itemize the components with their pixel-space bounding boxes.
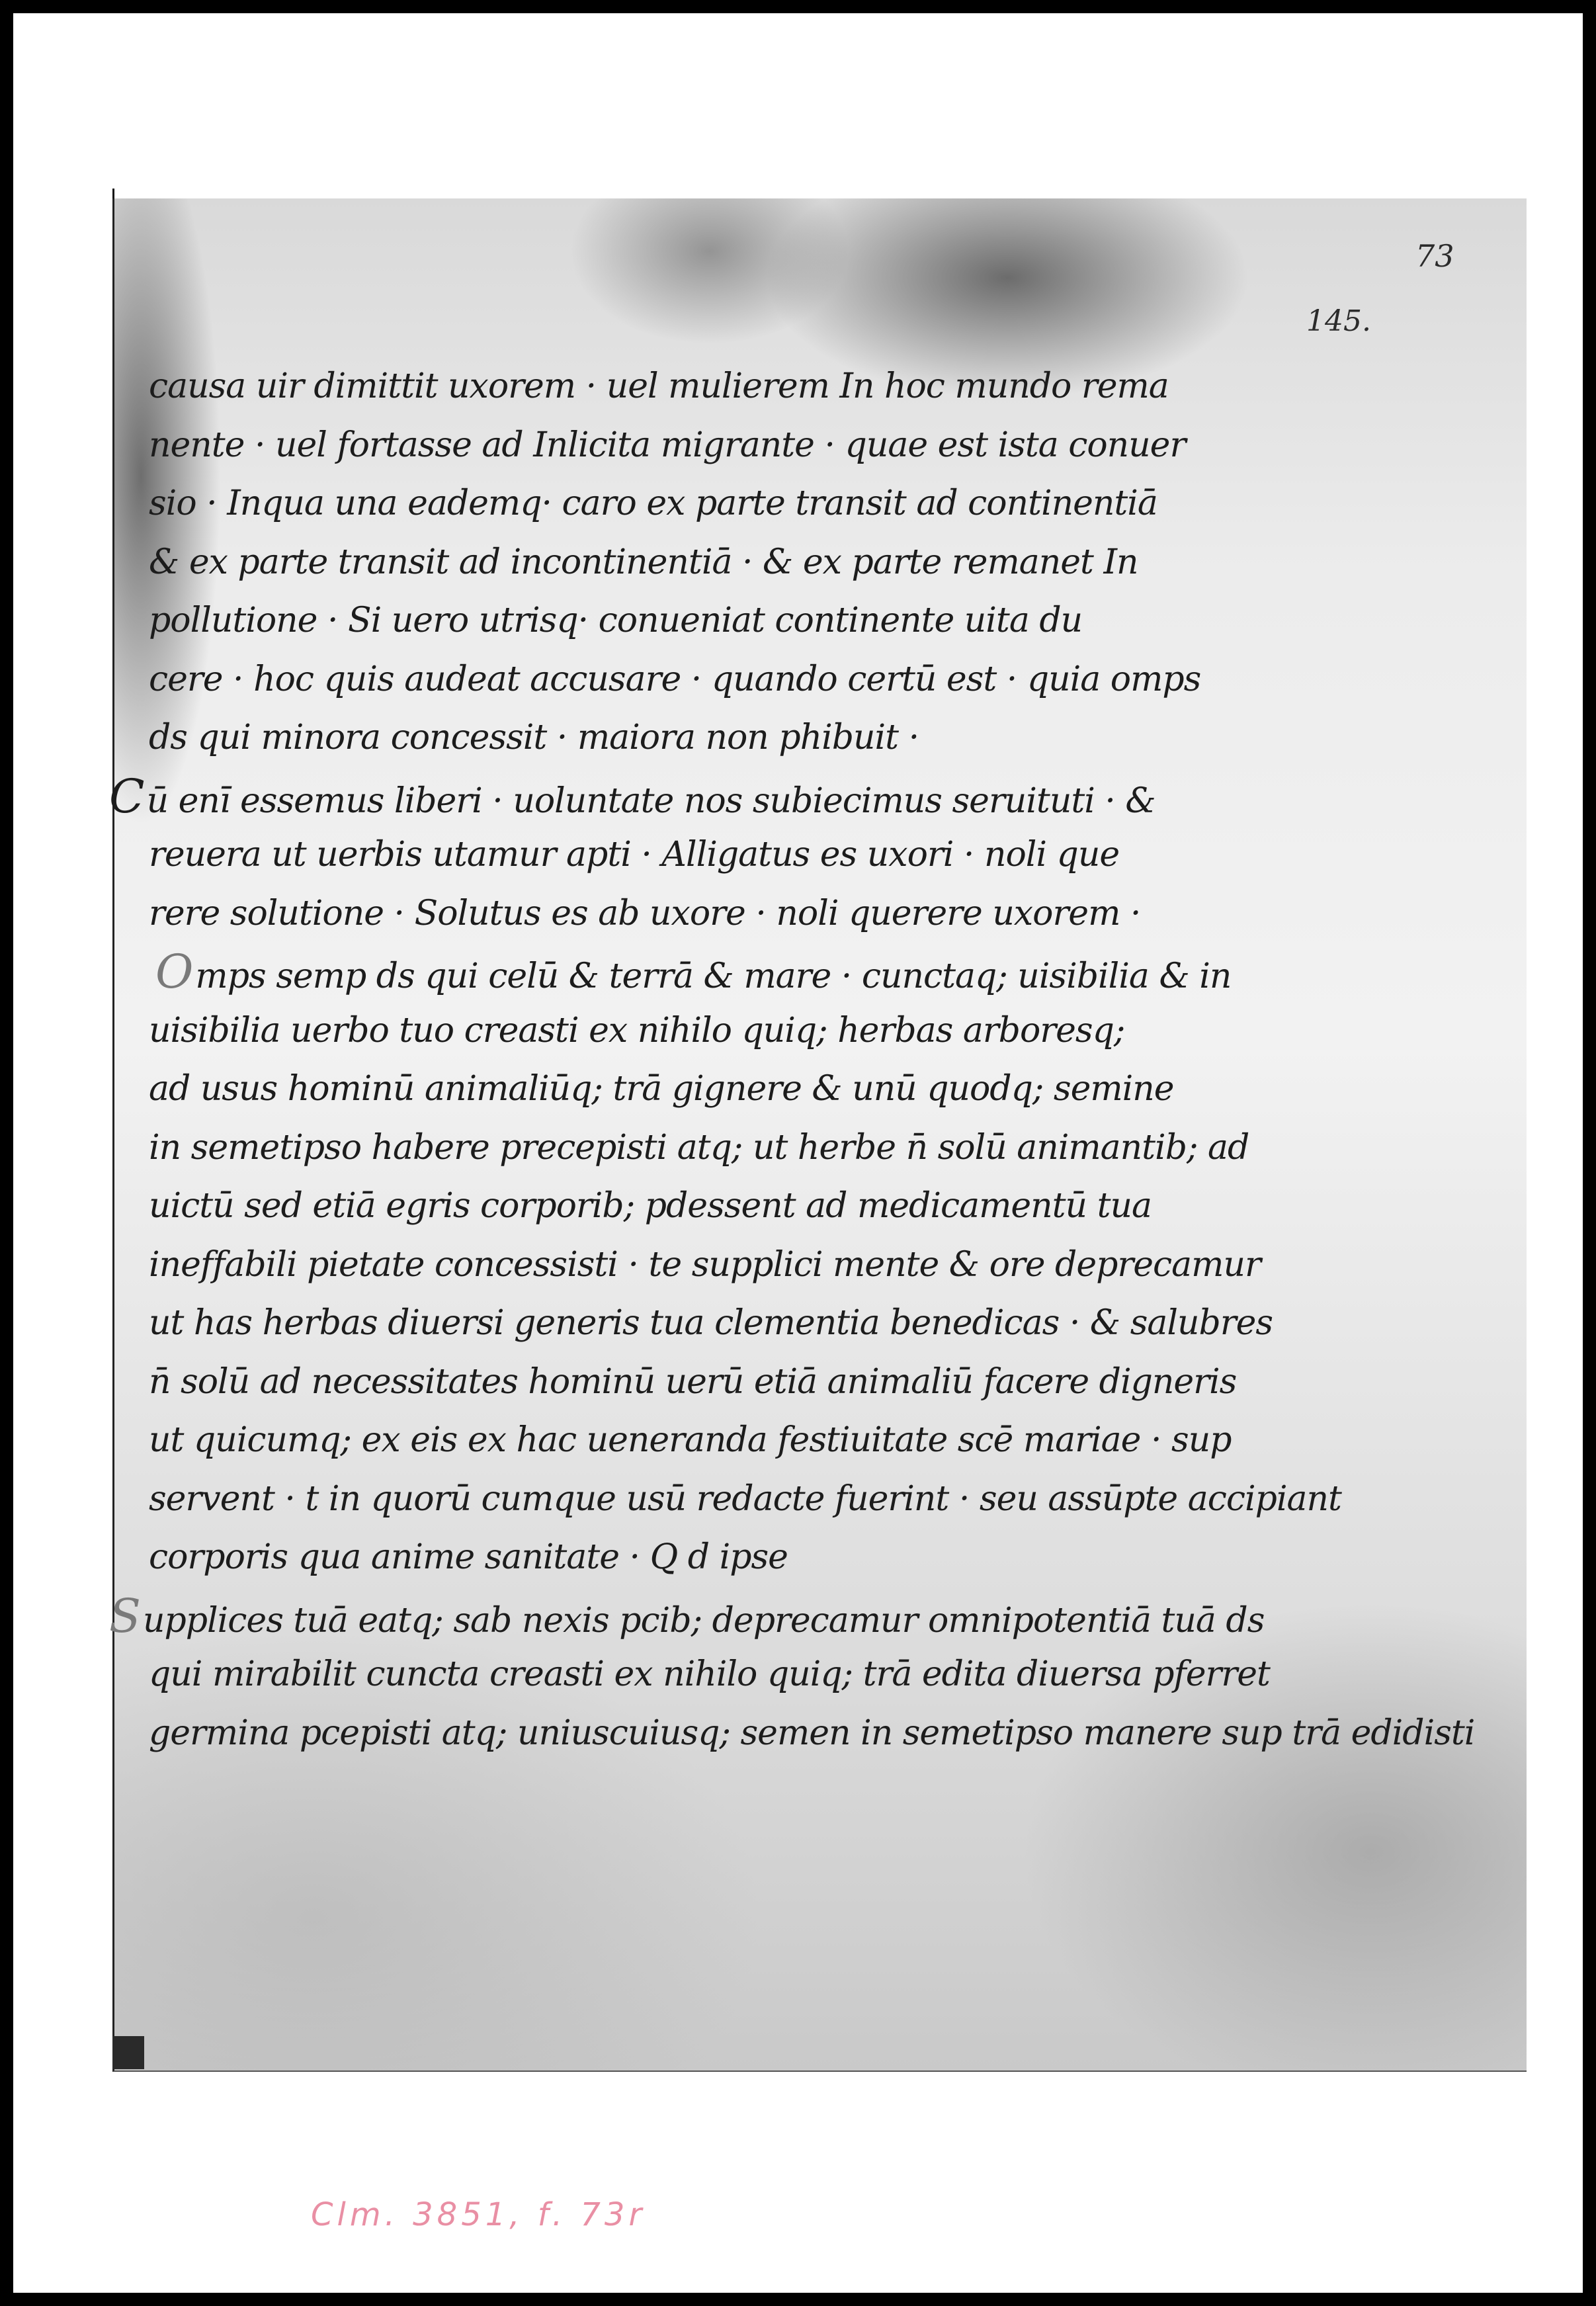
manuscript-line: ut quicumq; ex eis ex hac ueneranda fest… [149, 1411, 1439, 1470]
manuscript-line: germina pcepisti atq; uniuscuiusq; semen… [149, 1704, 1439, 1763]
manuscript-line: uictū sed etiā egris corporib; pdessent … [149, 1177, 1439, 1236]
shelfmark-annotation: Clm. 3851, f. 73r [311, 2196, 646, 2233]
manuscript-line: corporis qua anime sanitate · Q d ipse [149, 1528, 1439, 1587]
manuscript-line: ineffabili pietate concessisti · te supp… [149, 1236, 1439, 1295]
manuscript-line: cere · hoc quis audeat accusare · quando… [149, 650, 1439, 709]
manuscript-text-block: causa uir dimittit uxorem · uel mulierem… [149, 357, 1439, 1762]
manuscript-line: n̄ solū ad necessitates hominū uerū etiā… [149, 1353, 1439, 1412]
leaf-corner-tab [112, 2036, 144, 2069]
manuscript-line: ds qui minora concessit · maiora non phi… [149, 708, 1439, 767]
manuscript-line: nente · uel fortasse ad Inlicita migrant… [149, 416, 1439, 475]
manuscript-line: ad usus hominū animaliūq; trā gignere & … [149, 1060, 1439, 1119]
manuscript-line: sio · Inqua una eademq· caro ex parte tr… [149, 474, 1439, 533]
manuscript-line: rere solutione · Solutus es ab uxore · n… [149, 884, 1439, 943]
manuscript-line: servent · t in quorū cumque usū redacte … [149, 1470, 1439, 1529]
manuscript-line: Cū enī essemus liberi · uoluntate nos su… [109, 767, 1439, 826]
manuscript-line: reuera ut uerbis utamur apti · Alligatus… [149, 826, 1439, 884]
manuscript-line: ut has herbas diuersi generis tua clemen… [149, 1294, 1439, 1353]
decorated-initial: C [109, 769, 144, 824]
manuscript-line: Supplices tuā eatq; sab nexis pcib; depr… [109, 1587, 1439, 1646]
decorated-initial: S [109, 1589, 140, 1643]
manuscript-line: pollutione · Si uero utrisq· conueniat c… [149, 591, 1439, 650]
manuscript-line: in semetipso habere precepisti atq; ut h… [149, 1119, 1439, 1177]
manuscript-line: & ex parte transit ad incontinentiā · & … [149, 533, 1439, 592]
manuscript-line: uisibilia uerbo tuo creasti ex nihilo qu… [149, 1002, 1439, 1060]
decorated-initial: O [155, 945, 192, 999]
manuscript-line: causa uir dimittit uxorem · uel mulierem… [149, 357, 1439, 416]
manuscript-line: qui mirabilit cuncta creasti ex nihilo q… [149, 1645, 1439, 1704]
manuscript-line: Omps semp ds qui celū & terrā & mare · c… [155, 943, 1439, 1002]
folio-number-modern: 73 [1415, 238, 1454, 274]
folio-number-older: 145. [1306, 304, 1371, 338]
